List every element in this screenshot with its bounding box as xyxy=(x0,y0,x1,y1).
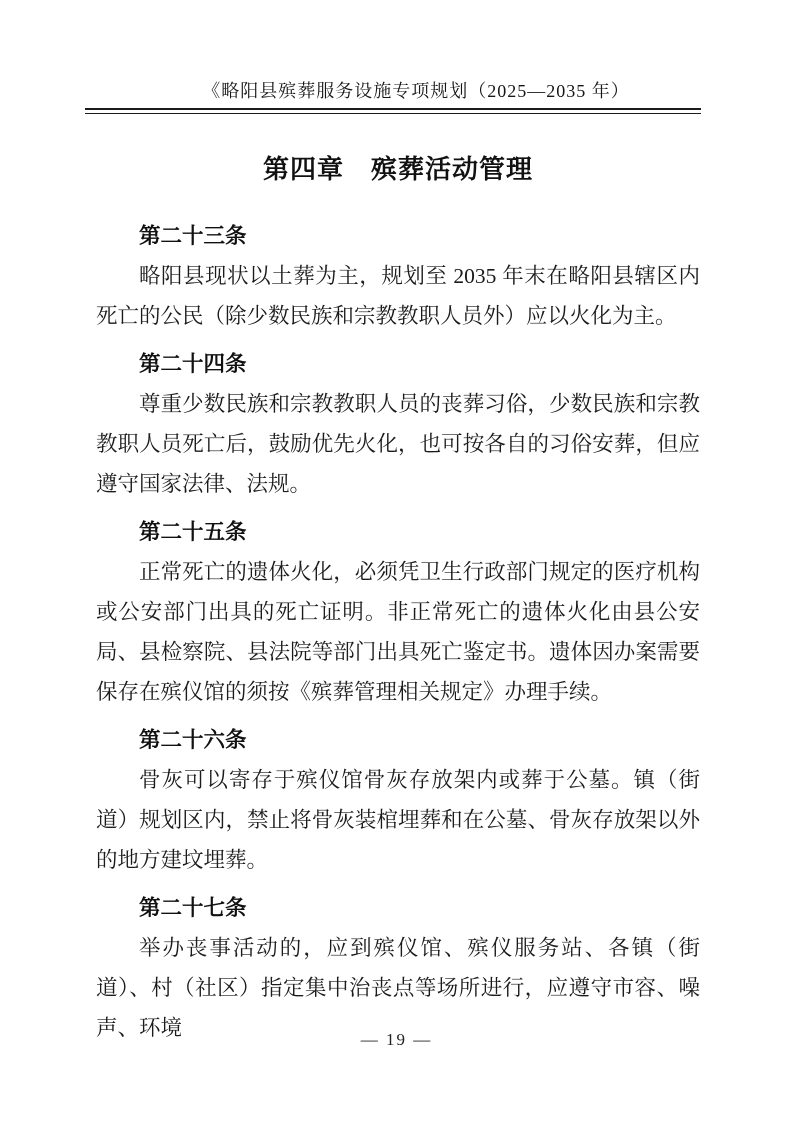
article-section: 第二十七条 举办丧事活动的，应到殡仪馆、殡仪服务站、各镇（街道）、村（社区）指定… xyxy=(96,888,700,1048)
article-heading: 第二十四条 xyxy=(96,344,700,384)
page-number: — 19 — xyxy=(361,1030,433,1049)
article-body: 骨灰可以寄存于殡仪馆骨灰存放架内或葬于公墓。镇（街道）规划区内，禁止将骨灰装棺埋… xyxy=(96,760,700,880)
article-heading: 第二十五条 xyxy=(96,512,700,552)
article-section: 第二十六条 骨灰可以寄存于殡仪馆骨灰存放架内或葬于公墓。镇（街道）规划区内，禁止… xyxy=(96,720,700,880)
article-body: 略阳县现状以土葬为主，规划至 2035 年末在略阳县辖区内死亡的公民（除少数民族… xyxy=(96,256,700,336)
chapter-title: 第四章 殡葬活动管理 xyxy=(96,150,700,190)
article-section: 第二十五条 正常死亡的遗体火化，必须凭卫生行政部门规定的医疗机构或公安部门出具的… xyxy=(96,512,700,712)
header-double-rule xyxy=(85,108,701,114)
document-page: 《略阳县殡葬服务设施专项规划（2025—2035 年） 第四章 殡葬活动管理 第… xyxy=(0,0,793,1122)
article-body: 正常死亡的遗体火化，必须凭卫生行政部门规定的医疗机构或公安部门出具的死亡证明。非… xyxy=(96,552,700,712)
article-heading: 第二十三条 xyxy=(96,216,700,256)
article-section: 第二十四条 尊重少数民族和宗教教职人员的丧葬习俗，少数民族和宗教教职人员死亡后，… xyxy=(96,344,700,504)
page-footer: — 19 — xyxy=(0,1028,793,1052)
page-content: 第四章 殡葬活动管理 第二十三条 略阳县现状以土葬为主，规划至 2035 年末在… xyxy=(96,150,700,1048)
article-section: 第二十三条 略阳县现状以土葬为主，规划至 2035 年末在略阳县辖区内死亡的公民… xyxy=(96,216,700,336)
article-heading: 第二十六条 xyxy=(96,720,700,760)
article-body: 尊重少数民族和宗教教职人员的丧葬习俗，少数民族和宗教教职人员死亡后，鼓励优先火化… xyxy=(96,384,700,504)
article-heading: 第二十七条 xyxy=(96,888,700,928)
running-header-title: 《略阳县殡葬服务设施专项规划（2025—2035 年） xyxy=(85,80,701,102)
